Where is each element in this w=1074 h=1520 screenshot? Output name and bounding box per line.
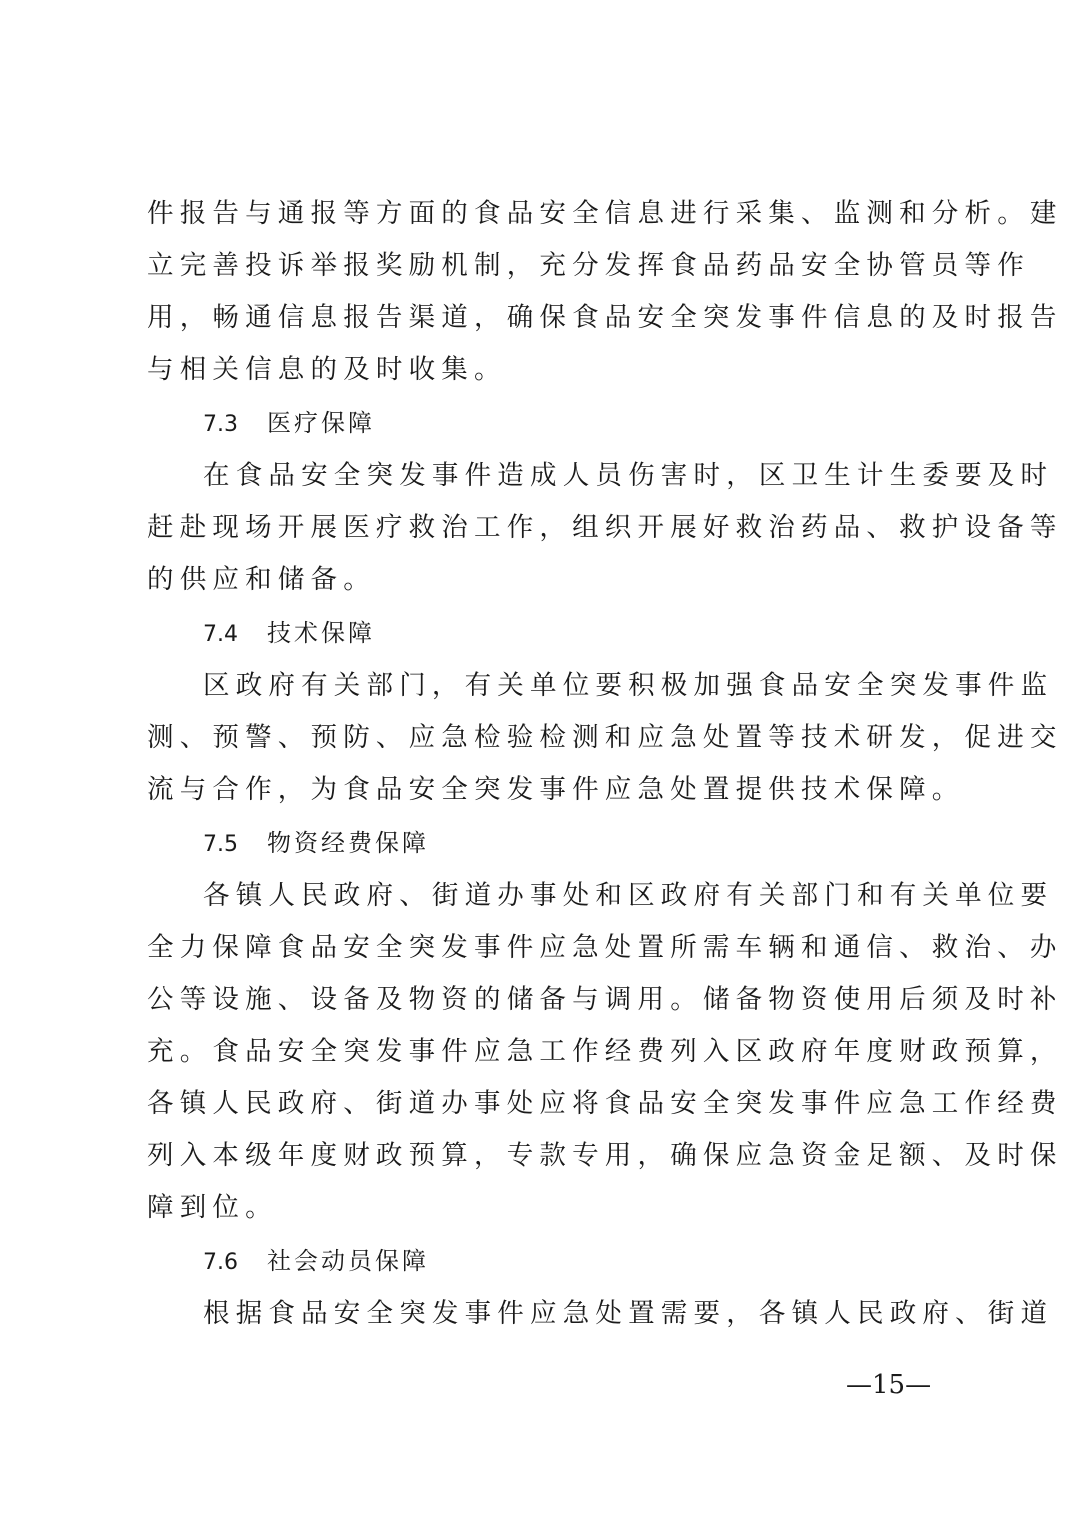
page-number: —15— <box>846 1368 931 1402</box>
section-number: 7.6 <box>203 1245 267 1281</box>
paragraph-line: 赶赴现场开展医疗救治工作，组织开展好救治药品、救护设备等 <box>147 510 942 546</box>
paragraph-line: 在食品安全突发事件造成人员伤害时，区卫生计生委要及时 <box>203 458 943 494</box>
paragraph-line: 全力保障食品安全突发事件应急处置所需车辆和通信、救治、办 <box>147 930 942 966</box>
section-number: 7.4 <box>203 617 267 653</box>
paragraph-line: 公等设施、设备及物资的储备与调用。储备物资使用后须及时补 <box>147 982 942 1018</box>
paragraph-line: 的供应和储备。 <box>147 562 942 598</box>
paragraph-line: 障到位。 <box>147 1190 942 1226</box>
section-heading-7-5: 7.5物资经费保障 <box>203 825 429 863</box>
document-page: 件报告与通报等方面的食品安全信息进行采集、监测和分析。建 立完善投诉举报奖励机制… <box>0 0 1074 1520</box>
paragraph-line: 各镇人民政府、街道办事处和区政府有关部门和有关单位要 <box>203 878 943 914</box>
section-heading-7-6: 7.6社会动员保障 <box>203 1243 429 1281</box>
paragraph-line: 件报告与通报等方面的食品安全信息进行采集、监测和分析。建 <box>147 196 942 232</box>
paragraph-line: 立完善投诉举报奖励机制，充分发挥食品药品安全协管员等作 <box>147 248 942 284</box>
paragraph-line: 根据食品安全突发事件应急处置需要，各镇人民政府、街道 <box>203 1296 943 1332</box>
section-title: 技术保障 <box>267 619 375 647</box>
paragraph-line: 区政府有关部门，有关单位要积极加强食品安全突发事件监 <box>203 668 943 704</box>
paragraph-line: 用，畅通信息报告渠道，确保食品安全突发事件信息的及时报告 <box>147 300 942 336</box>
section-title: 社会动员保障 <box>267 1247 429 1275</box>
section-number: 7.3 <box>203 407 267 443</box>
paragraph-line: 流与合作，为食品安全突发事件应急处置提供技术保障。 <box>147 772 942 808</box>
paragraph-line: 充。食品安全突发事件应急工作经费列入区政府年度财政预算， <box>147 1034 942 1070</box>
paragraph-line: 各镇人民政府、街道办事处应将食品安全突发事件应急工作经费 <box>147 1086 942 1122</box>
section-heading-7-3: 7.3医疗保障 <box>203 405 375 443</box>
section-title: 医疗保障 <box>267 409 375 437</box>
section-heading-7-4: 7.4技术保障 <box>203 615 375 653</box>
section-number: 7.5 <box>203 827 267 863</box>
paragraph-line: 列入本级年度财政预算，专款专用，确保应急资金足额、及时保 <box>147 1138 942 1174</box>
section-title: 物资经费保障 <box>267 829 429 857</box>
paragraph-line: 与相关信息的及时收集。 <box>147 352 942 388</box>
paragraph-line: 测、预警、预防、应急检验检测和应急处置等技术研发，促进交 <box>147 720 942 756</box>
